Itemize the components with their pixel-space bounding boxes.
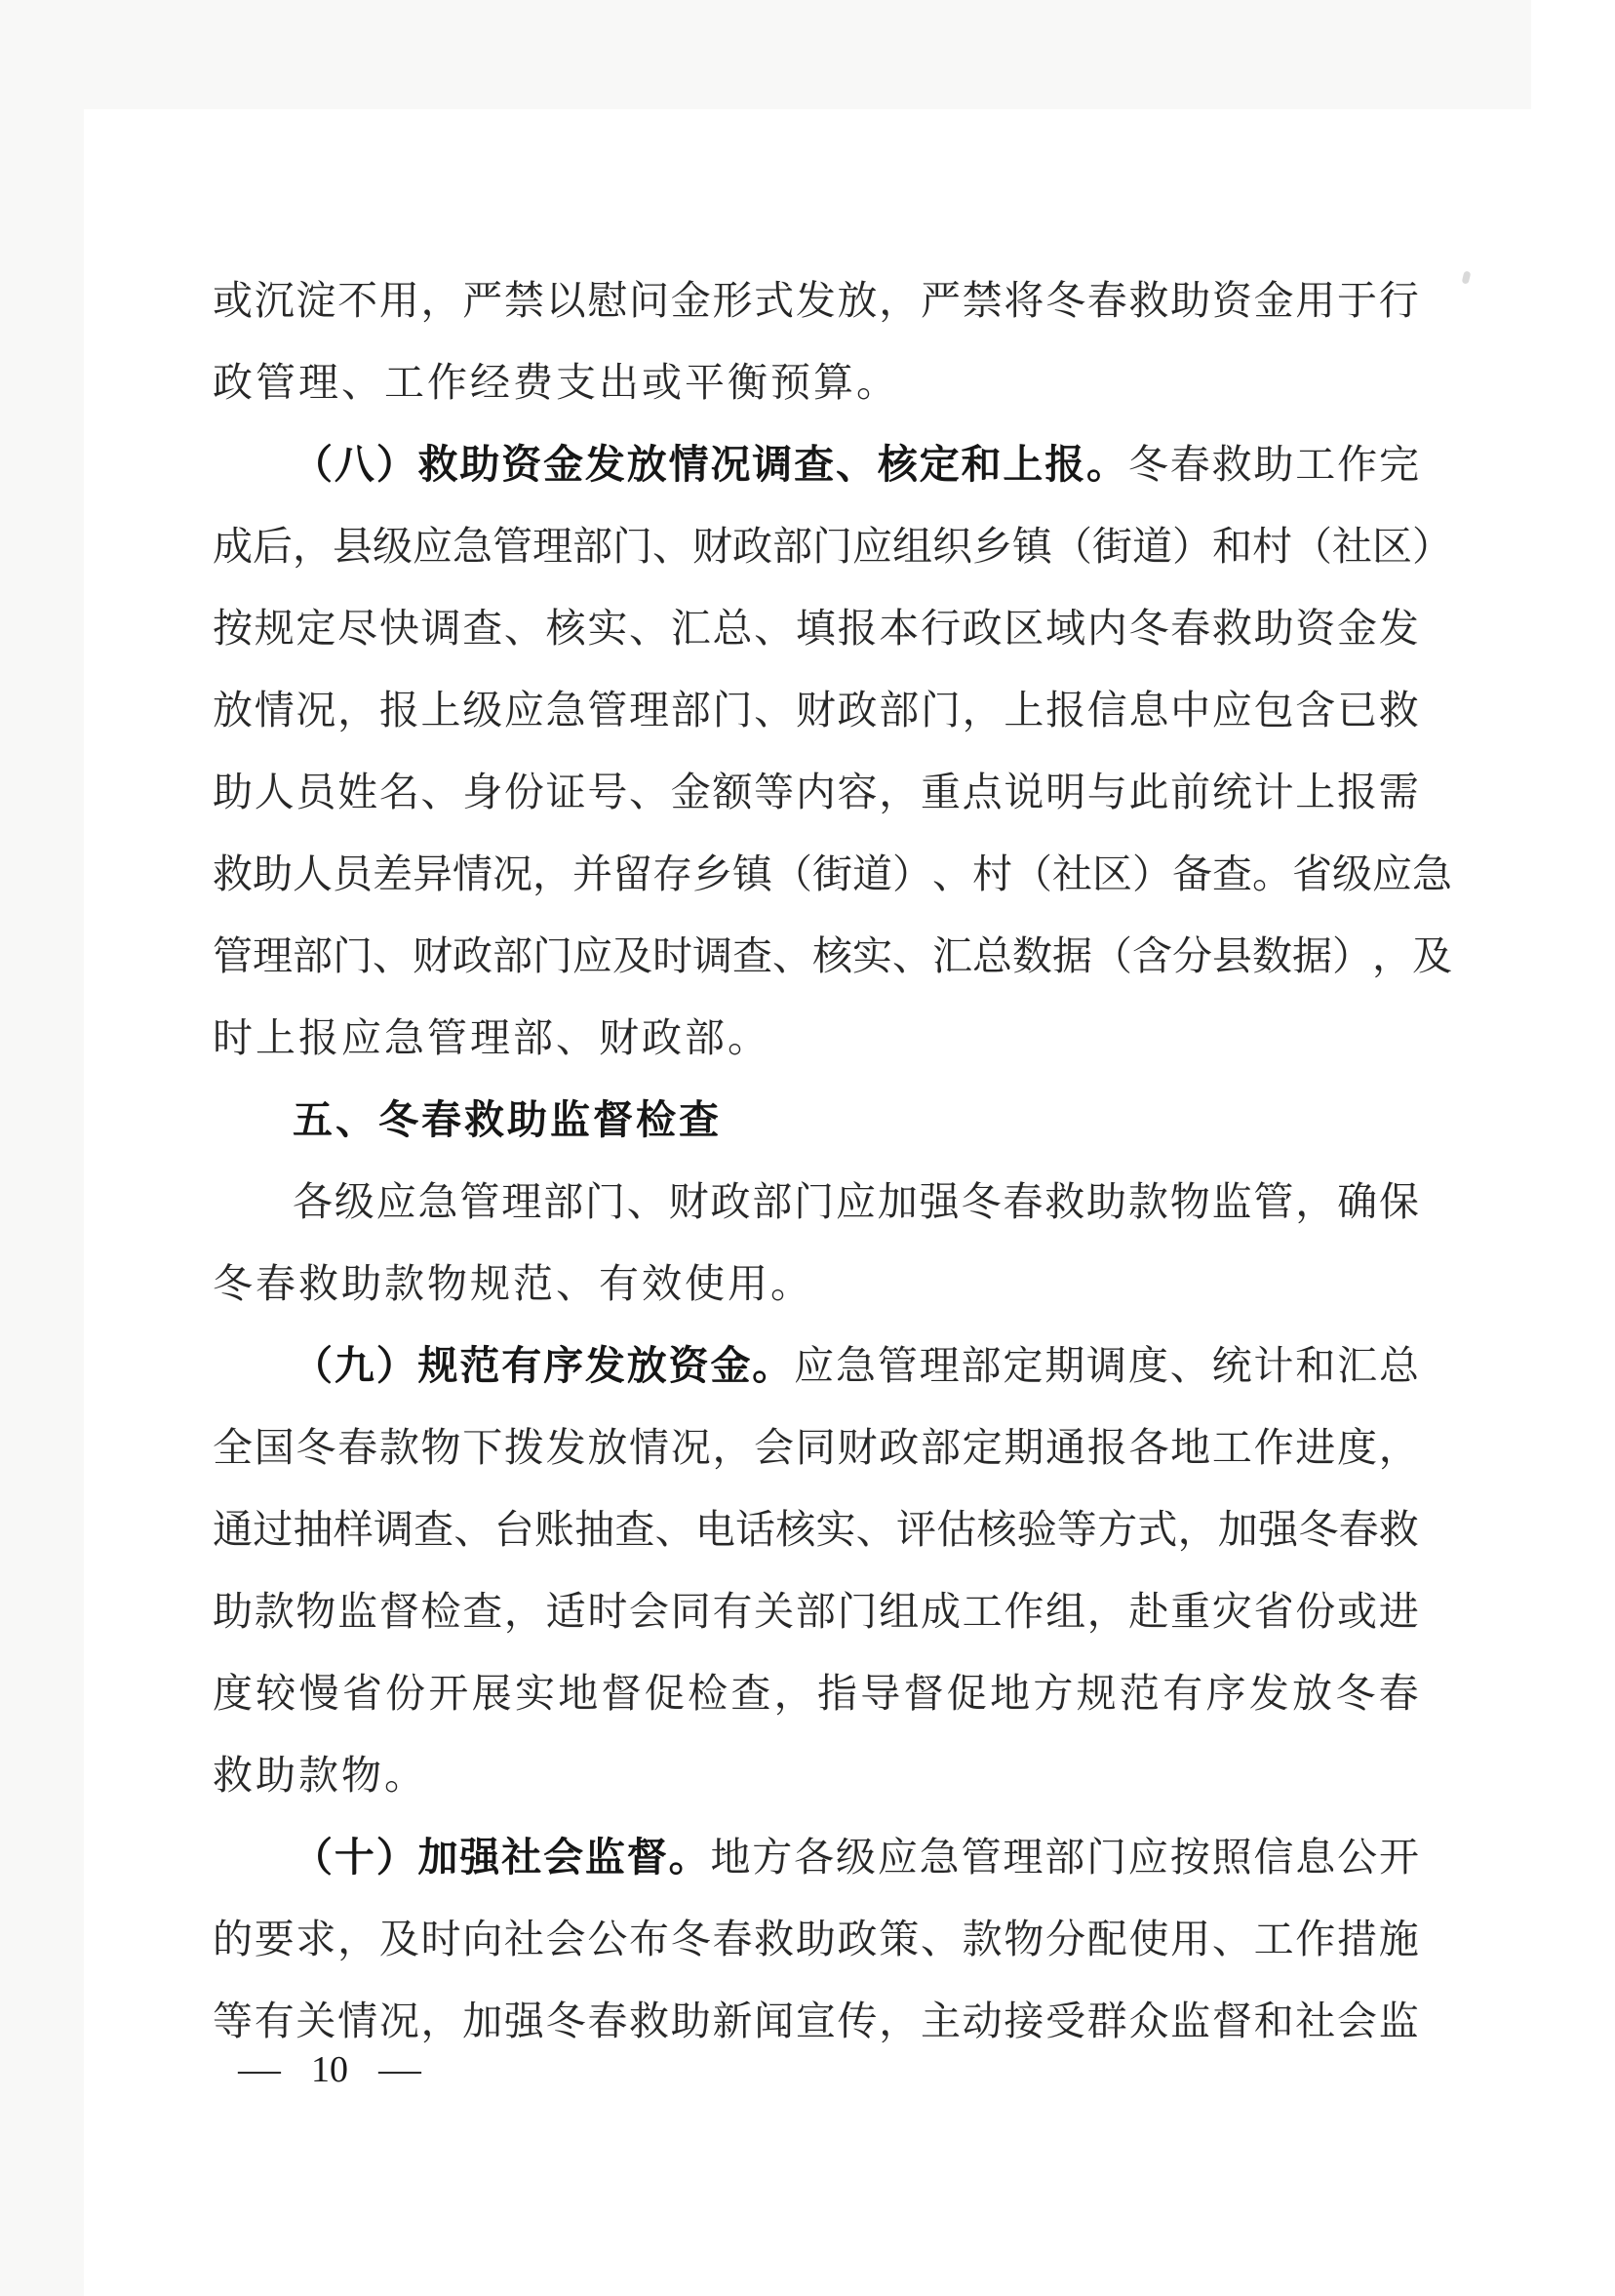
footer-left-dash: — (238, 2048, 281, 2091)
text-line: （十）加强社会监督。地方各级应急管理部门应按照信息公开 (213, 1812, 1419, 1894)
page-number: 10 (311, 2048, 348, 2091)
text-line: 全国冬春款物下拨发放情况，会同财政部定期通报各地工作进度， (213, 1403, 1419, 1484)
text-line: 度较慢省份开展实地督促检查，指导督促地方规范有序发放冬春 (213, 1648, 1419, 1730)
text-line: 的要求，及时向社会公布冬春救助政策、款物分配使用、工作措施 (213, 1894, 1419, 1976)
text-line: 时上报应急管理部、财政部。 (213, 993, 1419, 1075)
text-line: 政管理、工作经费支出或平衡预算。 (213, 337, 1419, 419)
text-line: 放情况，报上级应急管理部门、财政部门，上报信息中应包含已救 (213, 665, 1419, 747)
footer-right-dash: — (378, 2048, 421, 2091)
text-line: 助款物监督检查，适时会同有关部门组成工作组，赴重灾省份或进 (213, 1566, 1419, 1648)
text-line: 等有关情况，加强冬春救助新闻宣传，主动接受群众监督和社会监 (213, 1976, 1419, 2058)
text-line: 五、冬春救助监督检查 (213, 1075, 1419, 1157)
text-line: 冬春救助款物规范、有效使用。 (213, 1239, 1419, 1321)
text-line: 按规定尽快调查、核实、汇总、填报本行政区域内冬春救助资金发 (213, 583, 1419, 665)
text-line: 管理部门、财政部门应及时调查、核实、汇总数据（含分县数据），及 (213, 911, 1419, 993)
text-line: 救助人员差异情况，并留存乡镇（街道）、村（社区）备查。省级应急 (213, 829, 1419, 911)
scan-edge-top (0, 0, 1531, 109)
text-line: 助人员姓名、身份证号、金额等内容，重点说明与此前统计上报需 (213, 747, 1419, 829)
page-footer: — 10 — (241, 2048, 418, 2091)
text-body: 或沉淀不用，严禁以慰问金形式发放，严禁将冬春救助资金用于行政管理、工作经费支出或… (213, 256, 1419, 2058)
text-line: 或沉淀不用，严禁以慰问金形式发放，严禁将冬春救助资金用于行 (213, 256, 1419, 337)
text-line: （八）救助资金发放情况调查、核定和上报。冬春救助工作完 (213, 419, 1419, 501)
text-line: 成后，县级应急管理部门、财政部门应组织乡镇（街道）和村（社区） (213, 501, 1419, 583)
scanned-document-page: { "document": { "lines": [ { "text": "或沉… (0, 0, 1615, 2296)
text-line: （九）规范有序发放资金。应急管理部定期调度、统计和汇总 (213, 1321, 1419, 1403)
text-line: 通过抽样调查、台账抽查、电话核实、评估核验等方式，加强冬春救 (213, 1484, 1419, 1566)
text-line: 救助款物。 (213, 1730, 1419, 1812)
text-line: 各级应急管理部门、财政部门应加强冬春救助款物监管，确保 (213, 1157, 1419, 1239)
scan-edge-left (0, 109, 84, 2296)
